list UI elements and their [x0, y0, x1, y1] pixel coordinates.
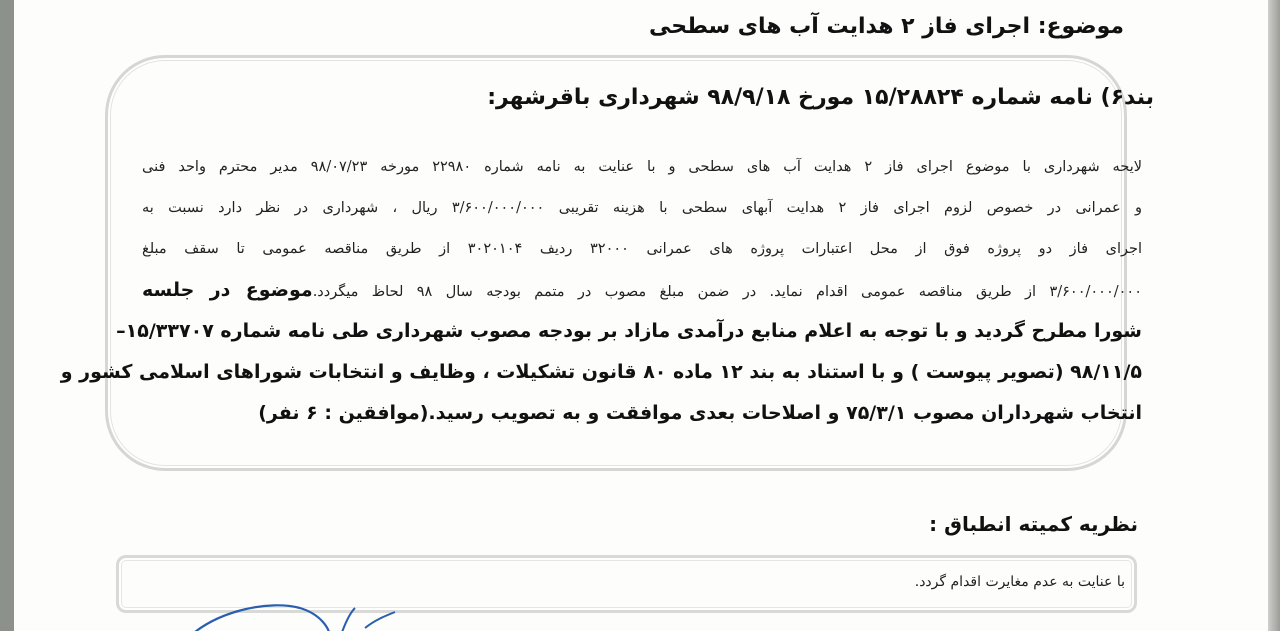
committee-text: با عنایت به عدم مغایرت اقدام گردد.: [915, 574, 1125, 590]
body-line: لایحه شهرداری با موضوع اجرای فاز ۲ هدایت…: [142, 147, 1142, 188]
signature-icon: [180, 598, 420, 631]
body-line: و عمرانی در خصوص لزوم اجرای فاز ۲ هدایت …: [142, 188, 1142, 229]
body-line-mixed: ۳/۶۰۰/۰۰۰/۰۰۰ از طریق مناقصه عمومی اقدام…: [142, 270, 1142, 311]
bold-line: شورا مطرح گردید و با توجه به اعلام منابع…: [142, 311, 1142, 352]
scan-right-edge: [1268, 0, 1280, 631]
item-heading: بند۶) نامه شماره ۱۵/۲۸۸۲۴ مورخ ۹۸/۹/۱۸ ش…: [487, 85, 1154, 110]
body-line: اجرای فاز دو پروژه فوق از محل اعتبارات پ…: [142, 229, 1142, 270]
bold-line: انتخاب شهرداران مصوب ۷۵/۳/۱ و اصلاحات بع…: [142, 393, 1142, 434]
scan-left-edge: [0, 0, 14, 631]
bold-line: ۹۸/۱۱/۵ (تصویر پیوست ) و با استناد به بن…: [142, 352, 1142, 393]
committee-title: نظریه کمیته انطباق :: [929, 512, 1138, 536]
body-line-regular: ۳/۶۰۰/۰۰۰/۰۰۰ از طریق مناقصه عمومی اقدام…: [313, 284, 1142, 300]
resolution-body: لایحه شهرداری با موضوع اجرای فاز ۲ هدایت…: [142, 147, 1142, 434]
document-subject: موضوع: اجرای فاز ۲ هدایت آب های سطحی: [649, 14, 1124, 39]
body-line-bold-tail: موضوع در جلسه: [142, 279, 313, 301]
